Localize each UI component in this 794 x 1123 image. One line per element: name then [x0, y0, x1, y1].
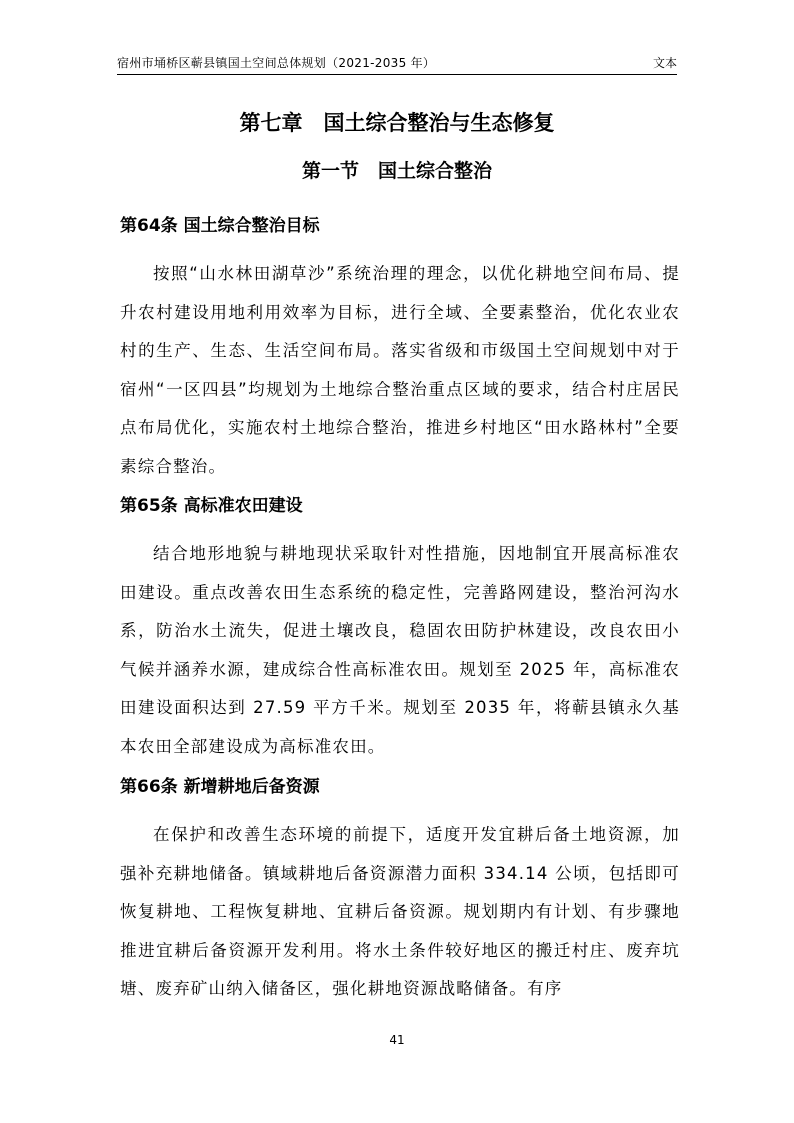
- document-type: 文本: [653, 55, 677, 71]
- page-number: 41: [0, 1033, 794, 1047]
- article-body-66: 在保护和改善生态环境的前提下，适度开发宜耕后备土地资源，加强补充耕地储备。镇域耕…: [120, 816, 680, 1009]
- article-body-64: 按照“山水林田湖草沙”系统治理的理念，以优化耕地空间布局、提升农村建设用地利用效…: [120, 255, 680, 486]
- section-title: 第一节 国土综合整治: [0, 156, 794, 186]
- running-header: 宿州市埇桥区蕲县镇国土空间总体规划（2021-2035 年） 文本: [117, 55, 677, 75]
- article-heading-65: 第65条 高标准农田建设: [120, 493, 303, 519]
- document-title: 宿州市埇桥区蕲县镇国土空间总体规划（2021-2035 年）: [117, 55, 435, 71]
- article-body-65: 结合地形地貌与耕地现状采取针对性措施，因地制宜开展高标准农田建设。重点改善农田生…: [120, 535, 680, 766]
- chapter-title: 第七章 国土综合整治与生态修复: [0, 108, 794, 138]
- article-heading-66: 第66条 新增耕地后备资源: [120, 774, 320, 800]
- article-heading-64: 第64条 国土综合整治目标: [120, 213, 320, 239]
